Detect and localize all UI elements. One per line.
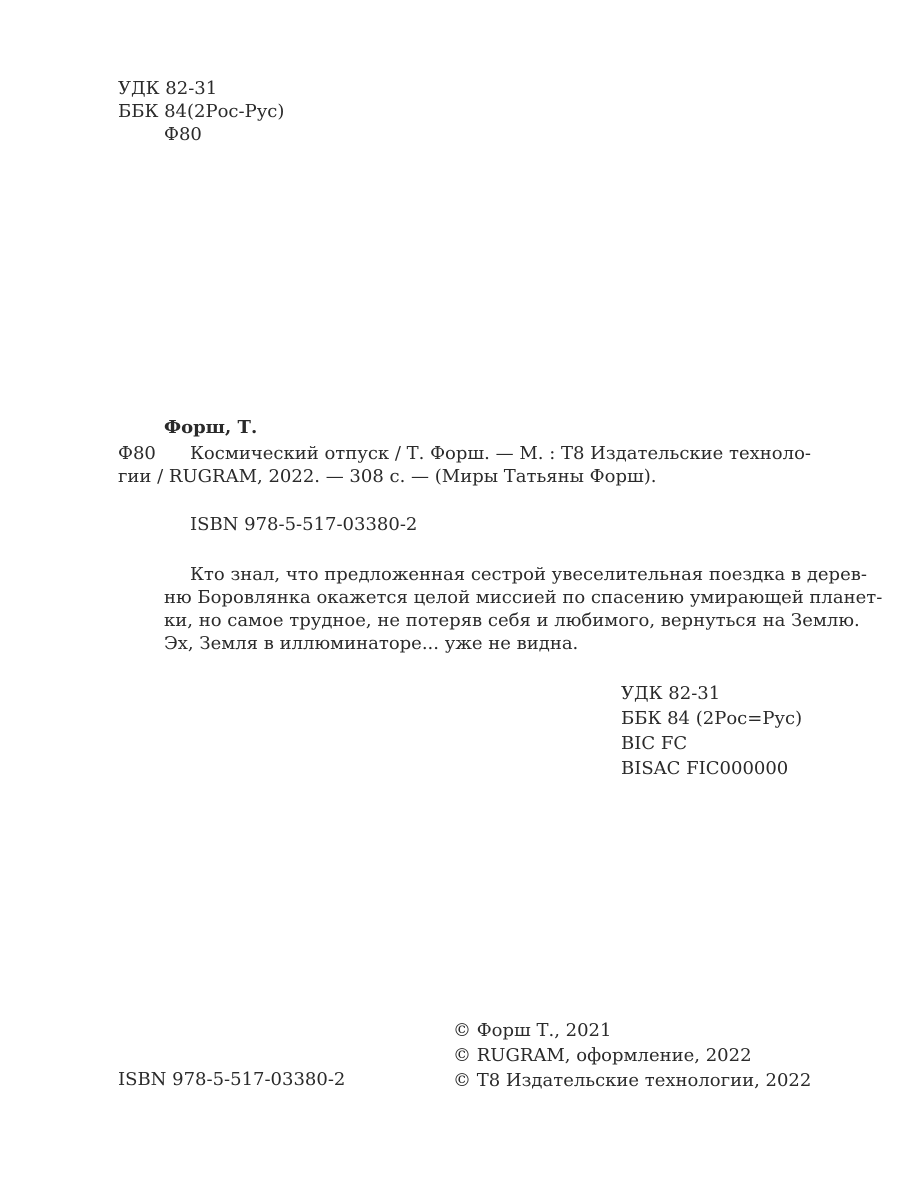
bibliographic-description: Космический отпуск / Т. Форш. — М. : Т8 … [118,442,798,488]
classification-udk: УДК 82-31 [621,681,802,706]
biblio-line: гии / RUGRAM, 2022. — 308 с. — (Миры Тат… [118,465,798,488]
classification-bbk: ББК 84 (2Рос=Рус) [621,706,802,731]
footer-isbn: ISBN 978-5-517-03380-2 [118,1068,345,1091]
catalog-classification: УДК 82-31 ББК 84 (2Рос=Рус) BIC FC BISAC… [621,681,802,781]
annotation-line: ки, но самое трудное, не потеряв себя и … [164,609,804,632]
annotation: Кто знал, что предложенная сестрой увесе… [164,563,804,655]
top-classification-block: УДК 82-31 ББК 84(2Рос-Рус) Ф80 [118,77,284,146]
biblio-line: Космический отпуск / Т. Форш. — М. : Т8 … [118,442,798,465]
classification-bisac: BISAC FIC000000 [621,756,802,781]
copyright-line: © RUGRAM, оформление, 2022 [453,1043,811,1068]
udk-code: УДК 82-31 [118,77,284,100]
bbk-code: ББК 84(2Рос-Рус) [118,100,284,123]
author-heading: Форш, Т. [164,416,257,439]
copyright-line: © Форш Т., 2021 [453,1018,811,1043]
catalog-isbn: ISBN 978-5-517-03380-2 [190,513,417,536]
author-mark: Ф80 [118,123,284,146]
annotation-line: Эх, Земля в иллюминаторе... уже не видна… [164,632,804,655]
copyright-block: © Форш Т., 2021 © RUGRAM, оформление, 20… [453,1018,811,1093]
annotation-line: ню Боровлянка окажется целой миссией по … [164,586,804,609]
classification-bic: BIC FC [621,731,802,756]
copyright-line: © Т8 Издательские технологии, 2022 [453,1068,811,1093]
annotation-line: Кто знал, что предложенная сестрой увесе… [164,563,804,586]
